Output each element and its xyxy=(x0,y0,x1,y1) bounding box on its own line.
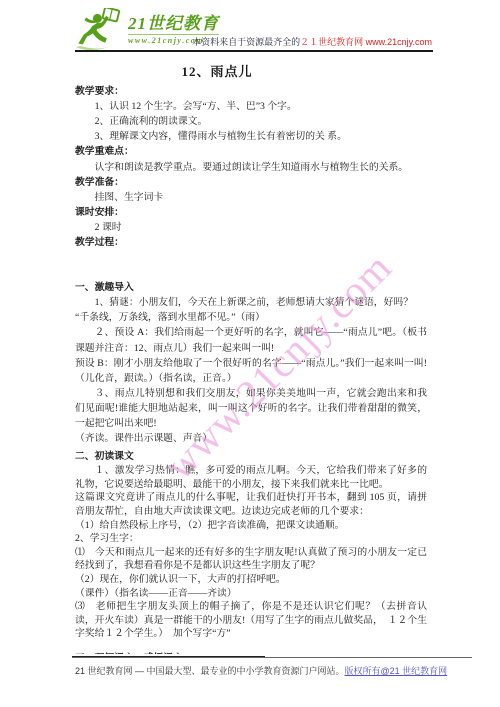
paragraph: ２、预设 A：我们给雨起一个更好听的名字，就叫它——“雨点儿”吧。（板书课题并注… xyxy=(75,325,427,355)
paragraph: 2、学习生字： xyxy=(75,532,427,546)
brand-name: 21世纪教育 xyxy=(128,14,219,33)
paragraph: 一、激趣导入 xyxy=(75,280,427,295)
paragraph: 教学准备： xyxy=(75,175,427,190)
header-divider xyxy=(75,50,433,52)
document-body: 12、雨点儿 教学要求：1、认识 12 个生字。会写“方、半、巴”3 个字。2、… xyxy=(75,58,427,654)
footer-divider xyxy=(72,657,472,658)
paragraph: ⑴ 今天和雨点儿一起来的还有好多的生字朋友呢!认真做了预习的小朋友一定已经找到了… xyxy=(75,546,427,573)
footer-info: 21 世纪教育网 — 中国最大型、最专业的中小学教育资源门户网站。 xyxy=(75,665,345,677)
page-title: 12、雨点儿 xyxy=(75,64,427,79)
paragraph: 1、认识 12 个生字。会写“方、半、巴”3 个字。 xyxy=(75,99,427,114)
paragraph: 3、理解课文内容，懂得雨水与植物生长有着密切的关 系。 xyxy=(75,129,427,144)
footer-copyright-link[interactable]: 版权所有@21 世纪教育网 xyxy=(345,665,448,677)
paragraph: ３、雨点儿特别想和我们交朋友，如果你美美地叫一声，它就会跑出来和我们见面呢!谁能… xyxy=(75,386,427,431)
paragraph: 预设 B：刚才小朋友给他取了一个很好听的名字——“雨点儿。”我们一起来叫一叫!（… xyxy=(75,356,427,386)
header-source-note: 本资料来自于资源最齐全的２１世纪教育网 www.21cnjy.com xyxy=(192,37,432,48)
paragraph: 1、猜谜：小朋友们，今天在上新课之前，老师想请大家猜个谜语，好吗？ xyxy=(75,295,427,310)
paragraph: 2、正确流利的朗读课文。 xyxy=(75,114,427,129)
paragraph: １、激发学习热情：瞧，多可爱的雨点儿啊。今天，它给我们带来了好多的礼物，它说要送… xyxy=(75,464,427,491)
paragraph: 课时安排： xyxy=(75,205,427,220)
paragraph: ⑶ 老师把生字朋友头顶上的帽子摘了，你是不是还认识它们呢？（去拼音认读，开火车读… xyxy=(75,600,427,641)
paragraph: “千条线，万条线，落到水里都不见。”（雨） xyxy=(75,310,427,325)
paragraph: 2 课时 xyxy=(75,220,427,235)
paragraph: 这篇课文究竟讲了雨点儿的什么事呢，让我们赶快打开书本，翻到 105 页，请拼音朋… xyxy=(75,491,427,518)
document-page: 21世纪教育 www.21cnjy.com 本资料来自于资源最齐全的２１世纪教育… xyxy=(0,0,500,707)
paragraph: 认字和朗读是教学重点。要通过朗读让学生知道雨水与植物生长的关系。 xyxy=(75,160,427,175)
header-note-site-link[interactable]: ２１世纪教育网 www.21cnjy.com xyxy=(300,37,432,47)
footer: 21 世纪教育网 — 中国最大型、最专业的中小学教育资源门户网站。 版权所有@2… xyxy=(75,665,433,677)
paragraph: 挂图、生字词卡 xyxy=(75,190,427,205)
paragraph: 三、理解课文，感悟课文 xyxy=(75,651,427,654)
paragraph: 教学重难点： xyxy=(75,144,427,159)
running-figure-icon xyxy=(74,8,126,53)
paragraph: （2）现在，你们就认识一下，大声的打招呼吧。 xyxy=(75,573,427,587)
paragraph: （1）给自然段标上序号，（2）把字音读准确，把课文读通顺。 xyxy=(75,519,427,533)
header-note-plain: 本资料来自于资源最齐全的 xyxy=(192,37,300,47)
paragraph: （课件）（指名读——正音——齐读） xyxy=(75,587,427,601)
paragraph: 教学过程： xyxy=(75,235,427,250)
paragraph: 二、初读课文 xyxy=(75,449,427,464)
paragraph: 教学要求： xyxy=(75,84,427,99)
paragraph: （齐读。课件出示课题、声音） xyxy=(75,431,427,446)
